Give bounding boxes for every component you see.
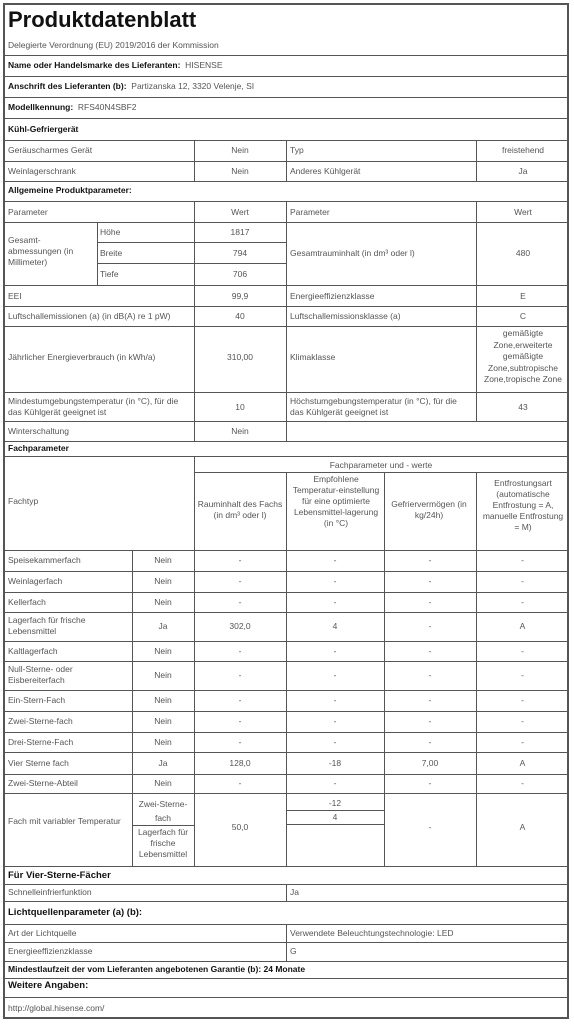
fach-volume-value: -	[194, 576, 286, 587]
fach-heading: Fachparameter	[8, 443, 69, 454]
fach-temp-value: -18	[286, 758, 384, 769]
eei-value: 99,9	[195, 291, 285, 302]
fach-type-label: Kaltlagerfach	[8, 646, 128, 657]
supplier-address-label: Anschrift des Lieferanten (b):	[8, 81, 127, 91]
fach-type-label: Lagerfach für frische Lebensmittel	[8, 615, 128, 637]
kuehl-row-2-value2: Ja	[478, 166, 568, 177]
fach-defrost-value: -	[476, 646, 569, 657]
fach-temp-value: -	[286, 555, 384, 566]
noise-class-value: C	[478, 311, 568, 322]
dims-label: Gesamt-abmessungen (in Millimeter)	[8, 235, 88, 268]
fach-type-label: Weinlagerfach	[8, 576, 128, 587]
supplier-name-label: Name oder Handelsmarke des Lieferanten:	[8, 60, 180, 70]
energy-consumption-label: Jährlicher Energieverbrauch (in kWh/a)	[8, 352, 155, 363]
fach-defrost-value: -	[476, 778, 569, 789]
licht-heading: Lichtquellenparameter (a) (b):	[8, 907, 142, 918]
winter-value: Nein	[195, 426, 285, 437]
fach-present-value: Nein	[132, 555, 194, 566]
fach-type-label: Kellerfach	[8, 597, 128, 608]
fach-volume-value: -	[194, 695, 286, 706]
fach-present-value: Nein	[132, 646, 194, 657]
fach-volume-value: -	[194, 670, 286, 681]
variable-volume-value: 50,0	[194, 822, 286, 833]
schnelleinfrier-label: Schnelleinfrierfunktion	[8, 887, 92, 898]
fach-temp-value: -	[286, 576, 384, 587]
fach-present-value: Nein	[132, 737, 194, 748]
supplier-name-row: Name oder Handelsmarke des Lieferanten: …	[8, 60, 223, 71]
dim-height-label: Höhe	[100, 227, 120, 238]
fach-freeze-value: -	[384, 737, 476, 748]
fach-freeze-value: -	[384, 695, 476, 706]
kuehl-row-2-label2: Anderes Kühlgerät	[290, 166, 360, 177]
energy-class-value: E	[478, 291, 568, 302]
volume-label: Gesamtrauminhalt (in dm³ oder l)	[290, 248, 415, 259]
fach-volume-value: -	[194, 716, 286, 727]
fach-defrost-value: A	[476, 621, 569, 632]
fach-type-label: Vier Sterne fach	[8, 758, 128, 769]
variable-freeze-value: -	[384, 822, 476, 833]
max-temp-value: 43	[478, 402, 568, 413]
klimaklasse-value: gemäßigte Zone,erweiterte gemäßigte Zone…	[478, 328, 568, 386]
dim-depth-value: 706	[195, 269, 285, 280]
noise-class-label: Luftschallemissionsklasse (a)	[290, 311, 401, 322]
col-wert-left: Wert	[195, 207, 285, 218]
allgemein-heading: Allgemeine Produktparameter:	[8, 185, 132, 196]
fach-volume-value: -	[194, 646, 286, 657]
fach-freeze-value: -	[384, 716, 476, 727]
fach-freeze-value: -	[384, 555, 476, 566]
supplier-address-row: Anschrift des Lieferanten (b): Partizans…	[8, 81, 254, 92]
energy-class-label: Energieeffizienzklasse	[290, 291, 374, 302]
col-temperatur: Empfohlene Temperatur-einstellung für ei…	[290, 474, 382, 529]
fach-freeze-value: -	[384, 646, 476, 657]
supplier-address-value: Partizanska 12, 3320 Velenje, SI	[131, 81, 254, 91]
fach-volume-value: 302,0	[194, 621, 286, 632]
max-temp-label: Höchstumgebungstemperatur (in °C), für d…	[290, 396, 472, 418]
supplier-name-value: HISENSE	[185, 60, 222, 70]
dim-width-value: 794	[195, 248, 285, 259]
fach-freeze-value: -	[384, 576, 476, 587]
fach-defrost-value: -	[476, 555, 569, 566]
fach-volume-value: -	[194, 555, 286, 566]
fach-group-header: Fachparameter und - werte	[194, 460, 568, 471]
fach-type-label: Zwei-Sterne-fach	[8, 716, 128, 727]
eei-label: EEI	[8, 291, 22, 302]
kuehl-row-1-label: Geräuscharmes Gerät	[8, 145, 92, 156]
fach-freeze-value: -	[384, 597, 476, 608]
volume-value: 480	[478, 248, 568, 259]
fach-temp-value: 4	[286, 621, 384, 632]
energy-consumption-value: 310,00	[195, 352, 285, 363]
fach-type-label: Drei-Sterne-Fach	[8, 737, 128, 748]
garantie-text: Mindestlaufzeit der vom Lieferanten ange…	[8, 964, 305, 975]
fach-defrost-value: -	[476, 716, 569, 727]
weitere-link[interactable]: http://global.hisense.com/	[8, 1003, 104, 1014]
kuehl-row-1-value: Nein	[195, 145, 285, 156]
dim-height-value: 1817	[195, 227, 285, 238]
fach-temp-value: -	[286, 778, 384, 789]
col-wert-right: Wert	[478, 207, 568, 218]
fach-present-value: Ja	[132, 758, 194, 769]
col-entfrostungsart: Entfrostungsart (automatische Entfrostun…	[480, 478, 566, 533]
weitere-heading: Weitere Angaben:	[8, 980, 88, 991]
noise-label: Luftschallemissionen (a) (in dB(A) re 1 …	[8, 311, 171, 322]
col-parameter-left: Parameter	[8, 207, 48, 218]
col-rauminhalt: Rauminhalt des Fachs (in dm³ oder l)	[196, 499, 284, 521]
min-temp-value: 10	[195, 402, 285, 413]
fach-defrost-value: -	[476, 695, 569, 706]
klimaklasse-label: Klimaklasse	[290, 352, 335, 363]
licht-type-value: Verwendete Beleuchtungstechnologie: LED	[290, 928, 454, 939]
fach-freeze-value: -	[384, 670, 476, 681]
page-title: Produktdatenblatt	[8, 6, 196, 34]
fach-freeze-value: -	[384, 621, 476, 632]
fach-defrost-value: -	[476, 597, 569, 608]
fach-present-value: Nein	[132, 576, 194, 587]
variable-temp2-value: 4	[286, 812, 384, 823]
fach-present-value: Nein	[132, 695, 194, 706]
fach-defrost-value: -	[476, 670, 569, 681]
vier-sterne-heading: Für Vier-Sterne-Fächer	[8, 870, 111, 881]
dim-depth-label: Tiefe	[100, 269, 119, 280]
fach-present-value: Nein	[132, 597, 194, 608]
licht-type-label: Art der Lichtquelle	[8, 928, 77, 939]
licht-class-value: G	[290, 946, 297, 957]
fach-defrost-value: -	[476, 576, 569, 587]
page-subtitle: Delegierte Verordnung (EU) 2019/2016 der…	[8, 40, 219, 51]
fach-temp-value: -	[286, 646, 384, 657]
min-temp-label: Mindestumgebungstemperatur (in °C), für …	[8, 396, 190, 418]
licht-class-label: Energieeffizienzklasse	[8, 946, 92, 957]
col-fachtyp: Fachtyp	[8, 496, 38, 507]
fach-type-label: Null-Sterne- oder Eisbereiterfach	[8, 664, 128, 686]
model-value: RFS40N4SBF2	[78, 102, 137, 112]
fach-type-label: Speisekammerfach	[8, 555, 128, 566]
fach-defrost-value: A	[476, 758, 569, 769]
col-gefriervermoegen: Gefriervermögen (in kg/24h)	[384, 499, 474, 521]
fach-volume-value: 128,0	[194, 758, 286, 769]
fach-temp-value: -	[286, 597, 384, 608]
fach-freeze-value: 7,00	[384, 758, 476, 769]
fach-volume-value: -	[194, 778, 286, 789]
fach-volume-value: -	[194, 737, 286, 748]
kuehl-heading: Kühl-Gefriergerät	[8, 124, 78, 135]
winter-label: Winterschaltung	[8, 426, 69, 437]
model-label: Modellkennung:	[8, 102, 73, 112]
col-parameter-right: Parameter	[290, 207, 330, 218]
fach-present-value: Ja	[132, 621, 194, 632]
fach-present-value: Nein	[132, 716, 194, 727]
model-row: Modellkennung: RFS40N4SBF2	[8, 102, 137, 113]
fach-temp-value: -	[286, 716, 384, 727]
fach-temp-value: -	[286, 695, 384, 706]
fach-defrost-value: -	[476, 737, 569, 748]
variable-sub1-label: Zwei-Sterne-fach	[134, 797, 192, 825]
kuehl-row-2-label: Weinlagerschrank	[8, 166, 76, 177]
fach-volume-value: -	[194, 597, 286, 608]
fach-freeze-value: -	[384, 778, 476, 789]
variable-temp1-value: -12	[286, 798, 384, 809]
schnelleinfrier-value: Ja	[290, 887, 299, 898]
dim-width-label: Breite	[100, 248, 122, 259]
fach-present-value: Nein	[132, 778, 194, 789]
variable-sub2-label: Lagerfach für frische Lebensmittel	[134, 827, 192, 860]
kuehl-row-2-value: Nein	[195, 166, 285, 177]
kuehl-row-1-label2: Typ	[290, 145, 304, 156]
variable-defrost-value: A	[476, 822, 569, 833]
kuehl-row-1-value2: freistehend	[478, 145, 568, 156]
fach-temp-value: -	[286, 737, 384, 748]
variable-fach-label: Fach mit variabler Temperatur	[8, 816, 128, 827]
fach-present-value: Nein	[132, 670, 194, 681]
fach-type-label: Zwei-Sterne-Abteil	[8, 778, 128, 789]
fach-type-label: Ein-Stern-Fach	[8, 695, 128, 706]
noise-value: 40	[195, 311, 285, 322]
fach-temp-value: -	[286, 670, 384, 681]
